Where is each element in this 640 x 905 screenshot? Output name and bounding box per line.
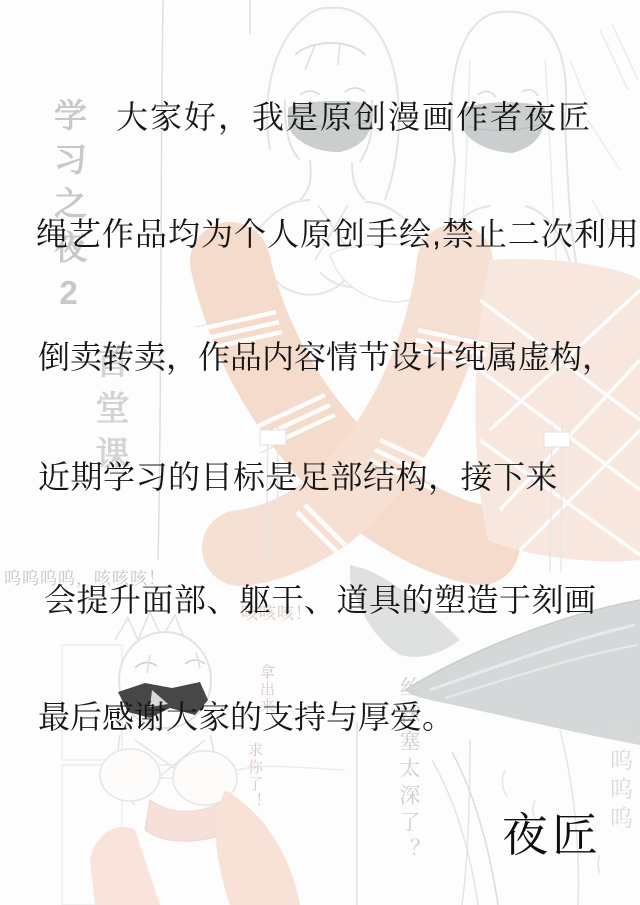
notice-line-2: 绳艺作品均为个人原创手绘,禁止二次利用 bbox=[36, 218, 640, 250]
watermark-title: 学习之夜2 bbox=[52, 98, 85, 322]
notice-line-4: 近期学习的目标是足部结构，接下来 bbox=[38, 461, 558, 493]
notice-line-3: 倒卖转卖，作品内容情节设计纯属虚构， bbox=[38, 341, 614, 373]
skin-patch-right bbox=[475, 259, 640, 561]
notice-line-1: 大家好，我是原创漫画作者夜匠 bbox=[116, 101, 592, 133]
notice-line-5: 会提升面部、躯干、道具的塑造于刻画 bbox=[44, 584, 597, 616]
comic-notice-page: 学习之夜2 首堂课 呜呜呜呜，咳咳咳！ 咳咳咳！ 拿出来 求你了！ 丝袜塞太深了… bbox=[0, 0, 640, 905]
sketch-girl-bottom-left bbox=[62, 612, 300, 905]
notice-line-6: 最后感谢大家的支持与厚爱。 bbox=[38, 701, 454, 733]
speech-sobbing: 呜呜呜呜 bbox=[608, 719, 631, 835]
speech-beg: 求你了！ bbox=[247, 742, 262, 810]
sketch-bound-arms bbox=[196, 244, 640, 572]
author-signature: 夜匠 bbox=[502, 812, 602, 858]
